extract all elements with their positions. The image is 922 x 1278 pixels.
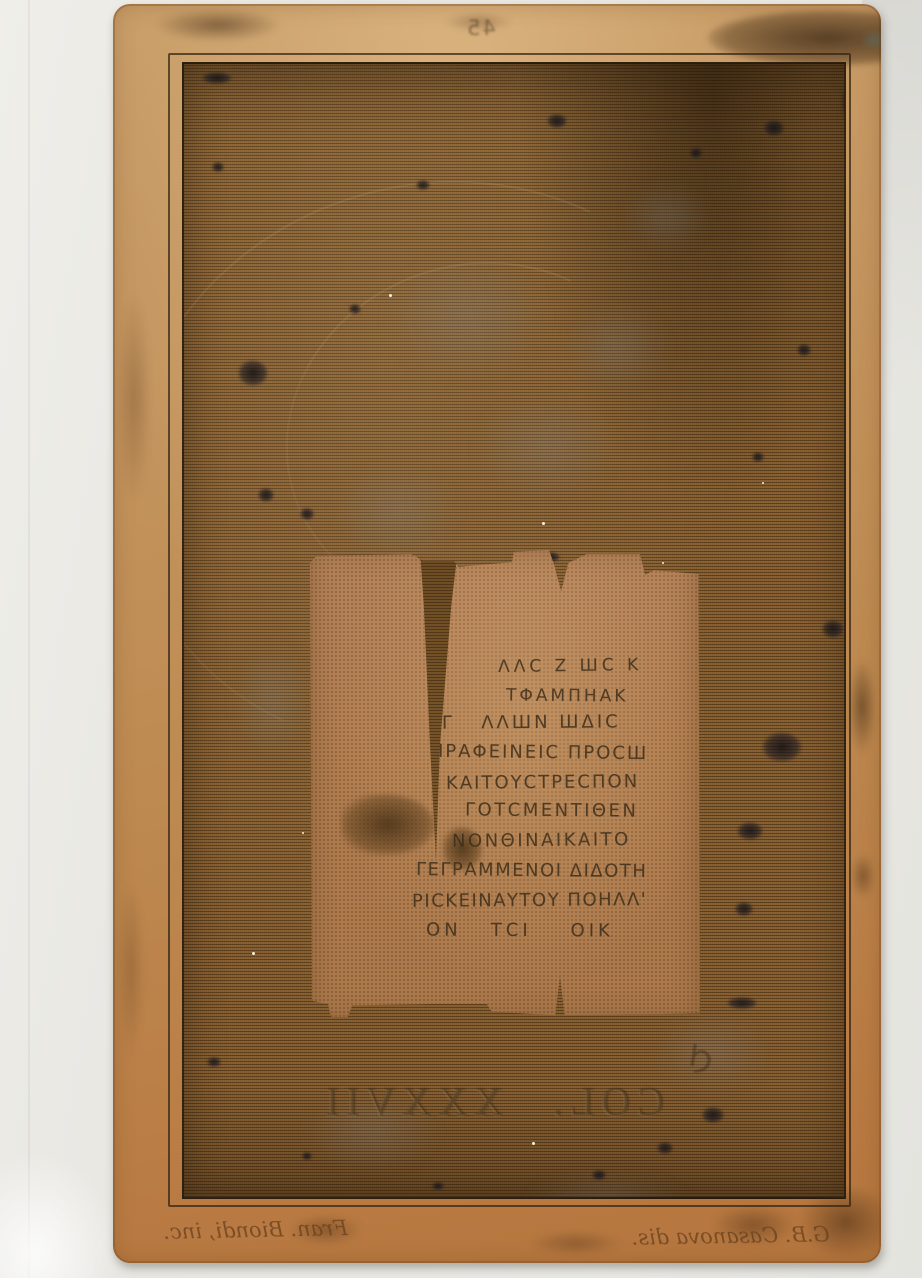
ink-stain — [752, 452, 764, 462]
smudge — [622, 182, 712, 252]
photo-of-copper-plate: 45 — [0, 0, 922, 1278]
greek-text-line: ΓΟΤϹΜΕΝΤΙΘΕΝ — [465, 799, 639, 821]
dust-speck — [662, 562, 664, 564]
plate-stain-verdigris — [861, 30, 881, 50]
background-crease — [28, 0, 30, 1278]
dust-speck — [762, 482, 764, 484]
smudge — [472, 392, 622, 502]
ink-stain — [764, 120, 784, 136]
ink-stain — [735, 902, 753, 916]
greek-text-line: Γ ΛΛШΝ ШΔΙϹ — [442, 711, 621, 733]
plate-stain — [117, 884, 145, 1054]
ink-stain — [238, 360, 268, 386]
column-title-text: COL. XXXVII — [319, 1078, 664, 1125]
signature-draughtsman: G.B. Casanova dis. — [618, 1222, 843, 1250]
plate-stain — [528, 1230, 623, 1256]
ink-stain — [202, 72, 232, 84]
ink-stain — [416, 180, 430, 190]
greek-text-line: ΤΦΑΜΠΗΑΚ — [506, 685, 629, 706]
greek-text-line: ΙΡΑΦΕΙΝΕΙϹ ΠΡΟϹШ — [438, 741, 648, 764]
column-title: COL. XXXVII — [312, 1078, 672, 1125]
ink-stain — [657, 1142, 673, 1154]
copper-plate: 45 — [113, 4, 881, 1263]
smudge — [562, 302, 672, 392]
ink-stain — [300, 508, 314, 520]
ink-stain — [842, 82, 846, 122]
ink-stain — [737, 822, 763, 840]
greek-text-line: ΓΕΓΡΑΜΜΕΝΟΙ ΔΙΔΟΤΗ — [416, 859, 648, 882]
etched-field: ΛΛϹ Ζ ШϹ Κ ΤΦΑΜΠΗΑΚ Γ ΛΛШΝ ШΔΙϹ ΙΡΑΦΕΙΝΕ… — [182, 62, 846, 1199]
greek-text-line: ΚΑΙΤΟΥϹΤΡΕϹΠΟΝ — [446, 771, 639, 794]
plate-stain — [851, 854, 875, 898]
signature-engraver: Fran. Biondi, inc. — [143, 1216, 368, 1245]
papyrus-damage-patch — [341, 794, 435, 855]
plate-number: 45 — [465, 16, 496, 40]
smudge — [332, 462, 462, 562]
ink-stain — [547, 114, 567, 128]
greek-text-line: ΡΙϹΚΕΙΝΑΥΤΟΥ ΠΟΗΛΛ' — [412, 889, 647, 912]
ink-stain — [702, 1107, 724, 1123]
ink-stain — [302, 1152, 312, 1160]
smudge — [522, 1172, 692, 1199]
plate-stain — [848, 659, 876, 754]
engraved-flourish-mark: Ϧ — [687, 1039, 715, 1077]
plate-stain — [153, 8, 283, 42]
dust-speck — [252, 952, 255, 955]
ink-stain — [207, 1057, 221, 1067]
papyrus-facsimile: ΛΛϹ Ζ ШϹ Κ ΤΦΑΜΠΗΑΚ Γ ΛΛШΝ ШΔΙϹ ΙΡΑΦΕΙΝΕ… — [310, 550, 700, 1020]
ink-stain — [592, 1170, 606, 1180]
ink-stain — [822, 620, 844, 638]
smudge — [382, 252, 552, 382]
greek-text-line: ΟΝ ΤϹΙ ΟΙΚ — [426, 920, 614, 942]
ink-stain — [727, 997, 757, 1009]
ink-stain — [797, 344, 811, 356]
ink-stain — [762, 732, 802, 762]
ink-stain — [349, 304, 361, 314]
background-highlight — [0, 1150, 120, 1278]
dust-speck — [302, 832, 304, 834]
dust-speck — [542, 522, 545, 525]
ink-stain — [690, 148, 702, 158]
greek-text-line: ΝΟΝΘΙΝΑΙΚΑΙΤΟ — [452, 829, 631, 852]
greek-text-line: ΛΛϹ Ζ ШϹ Κ — [498, 655, 642, 677]
ink-stain — [258, 488, 274, 502]
dust-speck — [389, 294, 392, 297]
ink-stain — [212, 162, 224, 172]
smudge — [232, 642, 312, 762]
dust-speck — [532, 1142, 535, 1145]
plate-number-text: 45 — [465, 16, 496, 40]
plate-stain — [117, 294, 151, 504]
ink-stain — [432, 1182, 444, 1190]
